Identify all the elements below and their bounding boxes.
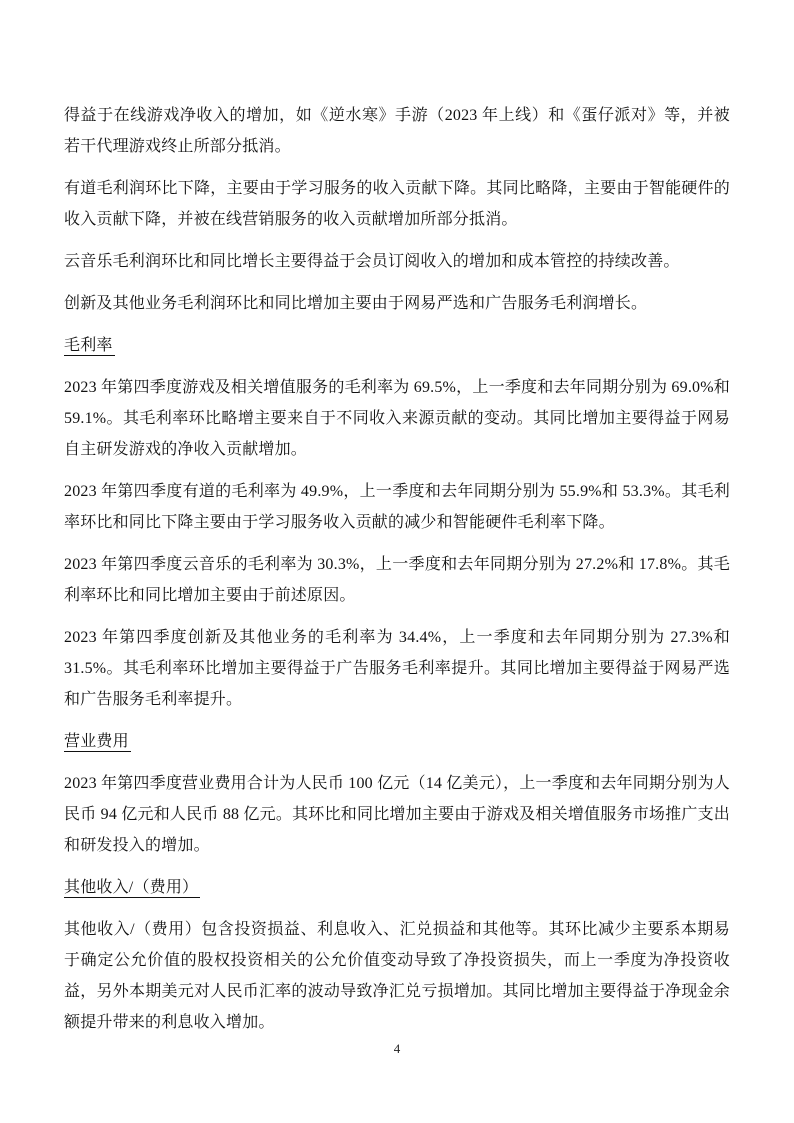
paragraph-innovative-business-gross-profit: 创新及其他业务毛利润环比和同比增加主要由于网易严选和广告服务毛利润增长。 [64,288,730,319]
paragraph-other-income-expense: 其他收入/（费用）包含投资损益、利息收入、汇兑损益和其他等。其环比减少主要系本期… [64,914,730,1038]
paragraph-youdao-gross-profit: 有道毛利润环比下降，主要由于学习服务的收入贡献下降。其同比略降，主要由于智能硬件… [64,173,730,235]
section-heading-other-income-expense-text: 其他收入/（费用） [64,879,200,898]
section-heading-gross-margin-text: 毛利率 [64,337,115,356]
section-heading-operating-expenses: 营业费用 [64,726,730,757]
section-heading-operating-expenses-text: 营业费用 [64,733,131,752]
page-footer: 4 [0,1040,794,1058]
paragraph-cloud-music-gross-margin: 2023 年第四季度云音乐的毛利率为 30.3%，上一季度和去年同期分别为 27… [64,549,730,611]
paragraph-cloud-music-gross-profit: 云音乐毛利润环比和同比增长主要得益于会员订阅收入的增加和成本管控的持续改善。 [64,246,730,277]
paragraph-games-gross-margin: 2023 年第四季度游戏及相关增值服务的毛利率为 69.5%，上一季度和去年同期… [64,372,730,465]
paragraph-operating-expenses: 2023 年第四季度营业费用合计为人民币 100 亿元（14 亿美元），上一季度… [64,768,730,861]
document-page: 得益于在线游戏净收入的增加，如《逆水寒》手游（2023 年上线）和《蛋仔派对》等… [0,0,794,1123]
section-heading-other-income-expense: 其他收入/（费用） [64,872,730,903]
paragraph-innovative-business-gross-margin: 2023 年第四季度创新及其他业务的毛利率为 34.4%，上一季度和去年同期分别… [64,622,730,715]
section-heading-gross-margin: 毛利率 [64,330,730,361]
paragraph-online-games-offset: 得益于在线游戏净收入的增加，如《逆水寒》手游（2023 年上线）和《蛋仔派对》等… [64,100,730,162]
paragraph-youdao-gross-margin: 2023 年第四季度有道的毛利率为 49.9%，上一季度和去年同期分别为 55.… [64,476,730,538]
page-number: 4 [394,1041,401,1056]
page-content: 得益于在线游戏净收入的增加，如《逆水寒》手游（2023 年上线）和《蛋仔派对》等… [64,100,730,1049]
